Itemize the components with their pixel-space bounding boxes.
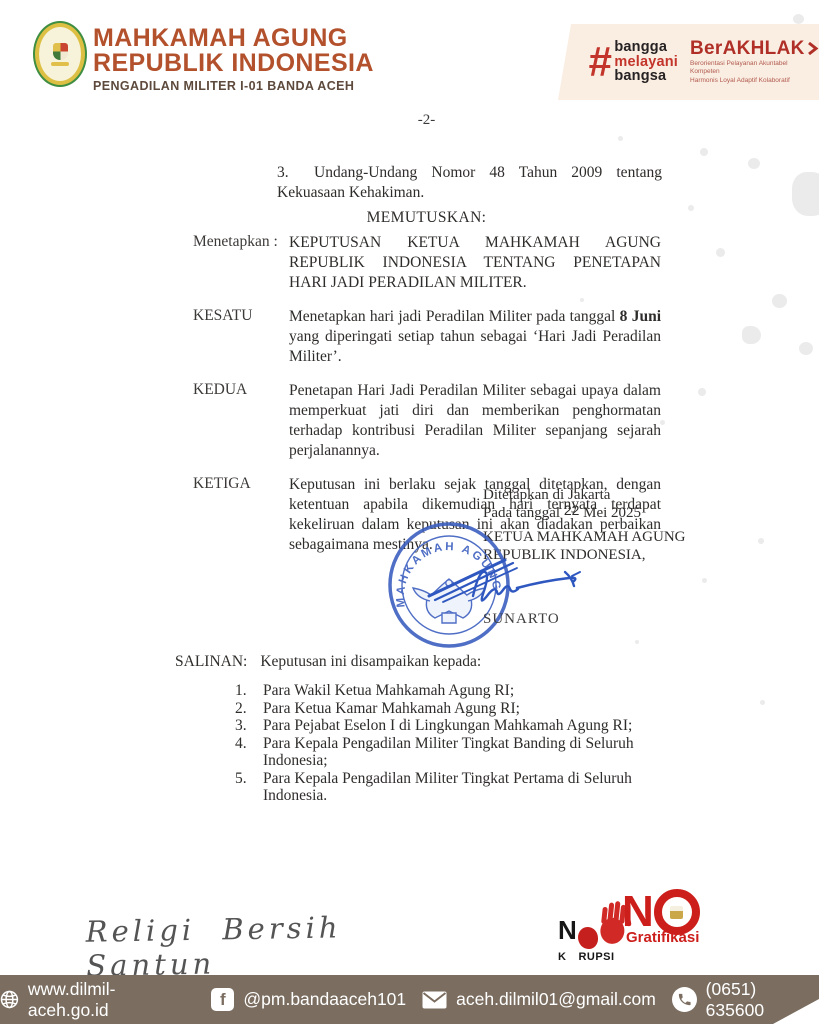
salinan-intro: Keputusan ini disampaikan kepada: <box>260 653 481 670</box>
clause-text: Menetapkan hari jadi Peradilan Militer p… <box>289 307 661 367</box>
bangga-melayani-bangsa-banner: # bangga melayani bangsa BerAKHLAK Beror… <box>558 24 819 100</box>
korupsi-k: K <box>558 951 566 963</box>
chevron-right-icon <box>807 41 819 56</box>
clause-menetapkan: Menetapkan : KEPUTUSAN KETUA MAHKAMAH AG… <box>193 233 661 293</box>
banner-word-bangsa: bangsa <box>614 69 678 84</box>
page-number: -2- <box>193 112 660 129</box>
berakhlak-wordmark: BerAKHLAK <box>690 39 805 58</box>
clause-label: KESATU <box>193 307 289 367</box>
email-text: aceh.dilmil01@gmail.com <box>456 989 656 1010</box>
website-text: www.dilmil-aceh.go.id <box>28 979 195 1021</box>
red-apple-blob-icon <box>578 927 598 949</box>
hashtag-icon: # <box>588 42 611 82</box>
memutuskan-heading: MEMUTUSKAN: <box>193 209 660 227</box>
decree-page: MAHKAMAH AGUNG REPUBLIK INDONESIA PENGAD… <box>0 0 819 1024</box>
signatory-name: SUNARTO <box>483 611 560 628</box>
handwritten-signature <box>425 550 590 614</box>
banner-word-melayani: melayani <box>614 55 678 70</box>
salinan-list: 1.Para Wakil Ketua Mahkamah Agung RI; 2.… <box>235 682 663 805</box>
footer-corner-wedge <box>773 999 819 1024</box>
org-name-line2: REPUBLIK INDONESIA <box>93 51 374 76</box>
facebook-icon: f <box>211 988 234 1011</box>
list-item: 1.Para Wakil Ketua Mahkamah Agung RI; <box>235 682 663 700</box>
motto-script: Religi Bersih Santun <box>85 909 406 983</box>
clause-label: Menetapkan : <box>193 233 289 293</box>
gratifikasi-word: Gratifikasi <box>626 929 722 946</box>
item-text: Undang-Undang Nomor 48 Tahun 2009 tentan… <box>277 164 662 201</box>
salinan-label: SALINAN: <box>175 653 247 670</box>
no-gratifikasi-logo: N Gratifikasi <box>622 889 722 971</box>
clause-text: Penetapan Hari Jadi Peradilan Militer se… <box>289 381 661 461</box>
banner-word-bangga: bangga <box>614 40 678 55</box>
berakhlak-tagline-line2: Harmonis Loyal Adaptif Kolaboratif <box>690 77 819 85</box>
phone-icon <box>672 987 697 1012</box>
clause-kedua: KEDUA Penetapan Hari Jadi Peradilan Mili… <box>193 381 661 461</box>
korupsi-rest: RUPSI <box>578 951 614 963</box>
emblem-shield-icon <box>53 43 68 60</box>
no-gratifikasi-n: N <box>622 890 652 934</box>
org-name-line1: MAHKAMAH AGUNG <box>93 26 374 51</box>
list-item: 2.Para Ketua Kamar Mahkamah Agung RI; <box>235 700 663 718</box>
enactment-block: Ditetapkan di Jakarta Pada tanggal 22 Me… <box>483 487 641 522</box>
org-unit-line: PENGADILAN MILITER I-01 BANDA ACEH <box>93 79 374 93</box>
no-korupsi-n: N <box>558 917 577 943</box>
clause-kesatu: KESATU Menetapkan hari jadi Peradilan Mi… <box>193 307 661 367</box>
court-emblem <box>33 21 87 87</box>
list-item: 3.Para Pejabat Eselon I di Lingkungan Ma… <box>235 717 663 735</box>
letterhead: MAHKAMAH AGUNG REPUBLIK INDONESIA PENGAD… <box>93 26 374 93</box>
list-item: 4.Para Kepala Pengadilan Militer Tingkat… <box>235 735 663 770</box>
globe-icon <box>0 990 19 1009</box>
bold-date: 8 Juni <box>620 308 661 325</box>
item-number: 3. <box>277 163 314 183</box>
salinan-heading: SALINAN:Keputusan ini disampaikan kepada… <box>175 653 481 671</box>
envelope-icon <box>422 991 447 1009</box>
date-day: 22 <box>564 502 580 518</box>
berakhlak-tagline-line1: Berorientasi Pelayanan Akuntabel Kompete… <box>690 60 819 75</box>
considerans-item-3: 3.Undang-Undang Nomor 48 Tahun 2009 tent… <box>277 163 662 203</box>
clause-label: KETIGA <box>193 475 289 555</box>
email-contact: aceh.dilmil01@gmail.com <box>422 989 656 1010</box>
contact-footer: www.dilmil-aceh.go.id f @pm.bandaaceh101… <box>0 975 819 1024</box>
list-item: 5.Para Kepala Pengadilan Militer Tingkat… <box>235 770 663 805</box>
facebook-contact: f @pm.bandaaceh101 <box>211 988 406 1011</box>
enactment-place: Ditetapkan di Jakarta <box>483 487 641 504</box>
clause-text: KEPUTUSAN KETUA MAHKAMAH AGUNG REPUBLIK … <box>289 233 661 293</box>
enactment-date: Pada tanggal 22 Mei 2025 <box>483 504 641 522</box>
website-contact: www.dilmil-aceh.go.id <box>0 979 195 1021</box>
clause-label: KEDUA <box>193 381 289 461</box>
facebook-text: @pm.bandaaceh101 <box>243 989 406 1010</box>
berakhlak-logo: BerAKHLAK Berorientasi Pelayanan Akuntab… <box>690 39 819 85</box>
